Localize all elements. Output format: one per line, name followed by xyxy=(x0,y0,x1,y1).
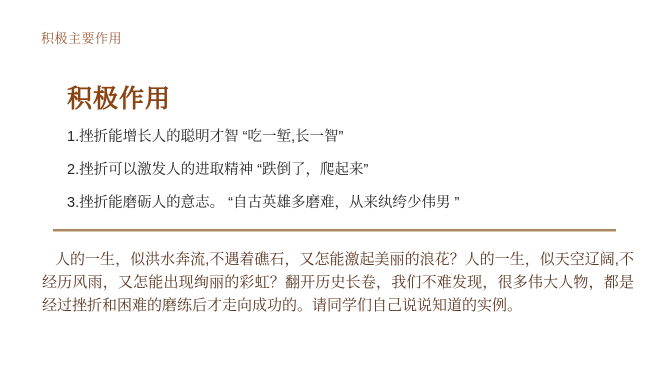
summary-paragraph: 人的一生，似洪水奔流,不遇着礁石，又怎能激起美丽的浪花？人的一生，似天空辽阔,不… xyxy=(42,248,634,317)
slide-breadcrumb-label: 积极主要作用 xyxy=(41,30,122,47)
horizontal-divider xyxy=(53,229,616,232)
point-list: 1.挫折能增长人的聪明才智 “吃一堑,长一智” 2.挫折可以激发人的进取精神 “… xyxy=(67,128,607,212)
point-item-1: 1.挫折能增长人的聪明才智 “吃一堑,长一智” xyxy=(67,128,607,146)
point-item-3: 3.挫折能磨砺人的意志。 “自古英雄多磨难，从来纨绔少伟男 ” xyxy=(67,194,607,212)
presentation-slide: 积极主要作用 积极作用 1.挫折能增长人的聪明才智 “吃一堑,长一智” 2.挫折… xyxy=(0,0,668,376)
point-item-2: 2.挫折可以激发人的进取精神 “跌倒了，爬起来” xyxy=(67,161,607,179)
main-points-box: 积极作用 1.挫折能增长人的聪明才智 “吃一堑,长一智” 2.挫折可以激发人的进… xyxy=(67,84,607,227)
section-title: 积极作用 xyxy=(67,84,607,114)
